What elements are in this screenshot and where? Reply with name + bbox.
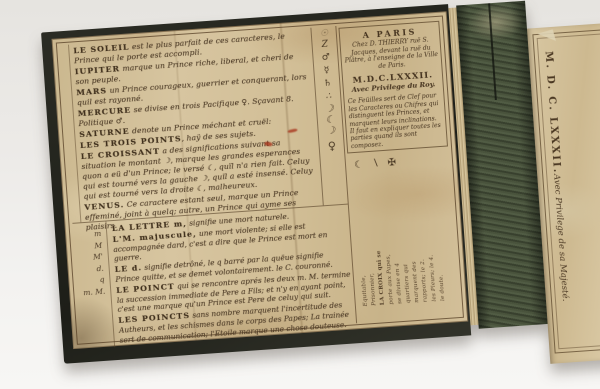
three-points-icon: ∴ [325,90,332,103]
sun-icon: ☉ [320,29,329,40]
imprint-box: A PARIS Chez D. THIERRY ruë S. Jacques, … [339,21,449,154]
letters-section: m M M' d. q m. M. LA LETTRE m, signifie … [72,205,356,350]
page-content: LE SOLEIL est le plus parfait de ces car… [60,19,462,343]
book-cover-edge: LE SOLEIL est le plus parfait de ces car… [41,4,471,364]
crescent-icon: ☾ [325,114,335,126]
planets-section: LE SOLEIL est le plus parfait de ces car… [60,26,348,224]
margin-symbol: M' [93,251,104,263]
margin-symbol: m. M. [83,285,106,298]
margin-symbol: d. [96,262,104,274]
cross-icon: ✠ [387,157,396,169]
rotated-croix-note: Equitable, Prisonnier, LA CROIX qui se p… [353,171,459,307]
crescent-icon: ☽ [325,103,335,115]
saturn-icon: ♄ [323,77,332,91]
imprint-note: Ce Feüilles sert de Clef pour les Caract… [347,92,445,150]
imprint-address: Chez D. THIERRY ruë S. Jacques, devant l… [343,36,440,73]
jupiter-icon: Z [321,39,328,52]
margin-symbol: M [94,239,102,251]
venus-icon: ♀ [327,139,336,153]
mars-icon: ♂ [321,52,330,66]
margin-symbol: m [94,228,102,240]
left-page: LE SOLEIL est le plus parfait de ces car… [52,11,469,349]
planets-text: LE SOLEIL est le plus parfait de ces car… [69,28,323,222]
crescent-icon: ☾ [354,159,364,171]
text-zone: LE SOLEIL est le plus parfait de ces car… [60,26,356,343]
crescent-icon: ☽ [326,125,336,137]
margin-symbol: q [99,274,105,286]
imprint-column: A PARIS Chez D. THIERRY ruë S. Jacques, … [336,19,463,324]
antique-book-photo: LE SOLEIL est le plus parfait de ces car… [41,0,600,364]
letters-text: LA LETTRE m, signifie une mort naturele.… [106,205,356,347]
mercury-icon: ☿ [324,65,330,78]
stroke-icon: ∖ [372,158,379,169]
